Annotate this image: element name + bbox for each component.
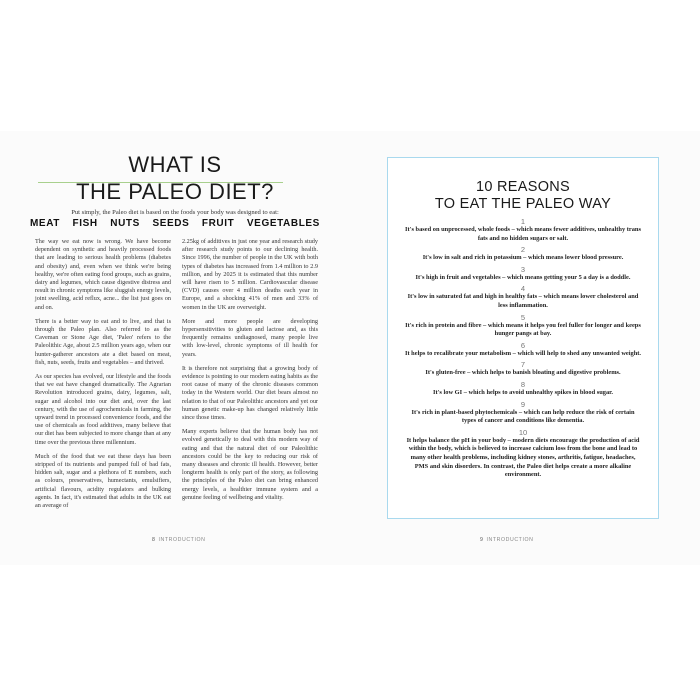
- food-item: NUTS: [110, 218, 140, 229]
- reason-number: 6: [404, 341, 642, 350]
- reason-text: It's low in saturated fat and high in he…: [404, 293, 642, 310]
- book-spread: WHAT IS THE PALEO DIET? Put simply, the …: [0, 131, 700, 565]
- intro-text: Put simply, the Paleo diet is based on t…: [30, 209, 320, 216]
- right-page: 10 REASONS TO EAT THE PALEO WAY 1It's ba…: [350, 131, 700, 565]
- paragraph: More and more people are developing hype…: [182, 318, 318, 359]
- reason-item: 7It's gluten-free – which helps to banis…: [404, 360, 642, 378]
- left-page: WHAT IS THE PALEO DIET? Put simply, the …: [0, 131, 350, 565]
- reason-number: 7: [404, 360, 642, 369]
- food-item: MEAT: [30, 218, 60, 229]
- food-item: FISH: [73, 218, 98, 229]
- reason-number: 8: [404, 380, 642, 389]
- reasons-title-line-2: TO EAT THE PALEO WAY: [388, 195, 658, 213]
- reason-text: It's low GI – which helps to avoid unhea…: [404, 389, 642, 398]
- food-item: FRUIT: [202, 218, 234, 229]
- page-footer: 8INTRODUCTION: [152, 537, 205, 543]
- paragraph: 2.25kg of additives in just one year and…: [182, 238, 318, 312]
- reason-item: 10It helps balance the pH in your body –…: [404, 428, 642, 480]
- reason-text: It's rich in protein and fibre – which m…: [404, 322, 642, 339]
- paragraph: The way we eat now is wrong. We have bec…: [35, 238, 171, 312]
- reasons-title-line-1: 10 REASONS: [388, 178, 658, 196]
- reasons-box: 10 REASONS TO EAT THE PALEO WAY 1It's ba…: [387, 157, 659, 519]
- reason-number: 2: [404, 245, 642, 254]
- reason-item: 8It's low GI – which helps to avoid unhe…: [404, 380, 642, 398]
- reason-number: 3: [404, 265, 642, 274]
- reason-item: 9It's rich in plant-based phytochemicals…: [404, 400, 642, 426]
- reason-text: It's gluten-free – which helps to banish…: [404, 369, 642, 378]
- reason-text: It's rich in plant-based phytochemicals …: [404, 409, 642, 426]
- page-number: 9: [480, 537, 484, 543]
- body-column-2: 2.25kg of additives in just one year and…: [182, 238, 318, 508]
- food-item: SEEDS: [152, 218, 189, 229]
- food-item: VEGETABLES: [247, 218, 320, 229]
- page-title-line-1: WHAT IS: [30, 152, 320, 178]
- page-title-line-2: THE PALEO DIET?: [30, 179, 320, 205]
- reason-number: 5: [404, 313, 642, 322]
- reason-text: It helps balance the pH in your body – m…: [404, 437, 642, 480]
- reason-item: 6It helps to recalibrate your metabolism…: [404, 341, 642, 359]
- section-label: INTRODUCTION: [159, 537, 206, 543]
- reason-number: 4: [404, 284, 642, 293]
- reason-text: It's high in fruit and vegetables – whic…: [404, 274, 642, 283]
- paragraph: It is therefore not surprising that a gr…: [182, 365, 318, 422]
- reason-item: 5It's rich in protein and fibre – which …: [404, 313, 642, 339]
- food-list: MEAT FISH NUTS SEEDS FRUIT VEGETABLES: [30, 218, 320, 229]
- reason-number: 1: [404, 217, 642, 226]
- paragraph: As our species has evolved, our lifestyl…: [35, 373, 171, 447]
- reason-number: 9: [404, 400, 642, 409]
- body-column-1: The way we eat now is wrong. We have bec…: [35, 238, 171, 516]
- reason-number: 10: [404, 428, 642, 437]
- reason-text: It's based on unprocessed, whole foods –…: [404, 226, 642, 243]
- section-label: INTRODUCTION: [487, 537, 534, 543]
- reason-text: It's low in salt and rich in potassium –…: [404, 254, 642, 263]
- page-footer: 9INTRODUCTION: [480, 537, 533, 543]
- reason-item: 3It's high in fruit and vegetables – whi…: [404, 265, 642, 283]
- reason-text: It helps to recalibrate your metabolism …: [404, 350, 642, 359]
- reason-item: 1It's based on unprocessed, whole foods …: [404, 217, 642, 243]
- reason-item: 4It's low in saturated fat and high in h…: [404, 284, 642, 310]
- paragraph: Much of the food that we eat these days …: [35, 453, 171, 510]
- reason-item: 2It's low in salt and rich in potassium …: [404, 245, 642, 263]
- paragraph: There is a better way to eat and to live…: [35, 318, 171, 367]
- page-number: 8: [152, 537, 156, 543]
- reasons-list: 1It's based on unprocessed, whole foods …: [404, 217, 642, 482]
- paragraph: Many experts believe that the human body…: [182, 428, 318, 502]
